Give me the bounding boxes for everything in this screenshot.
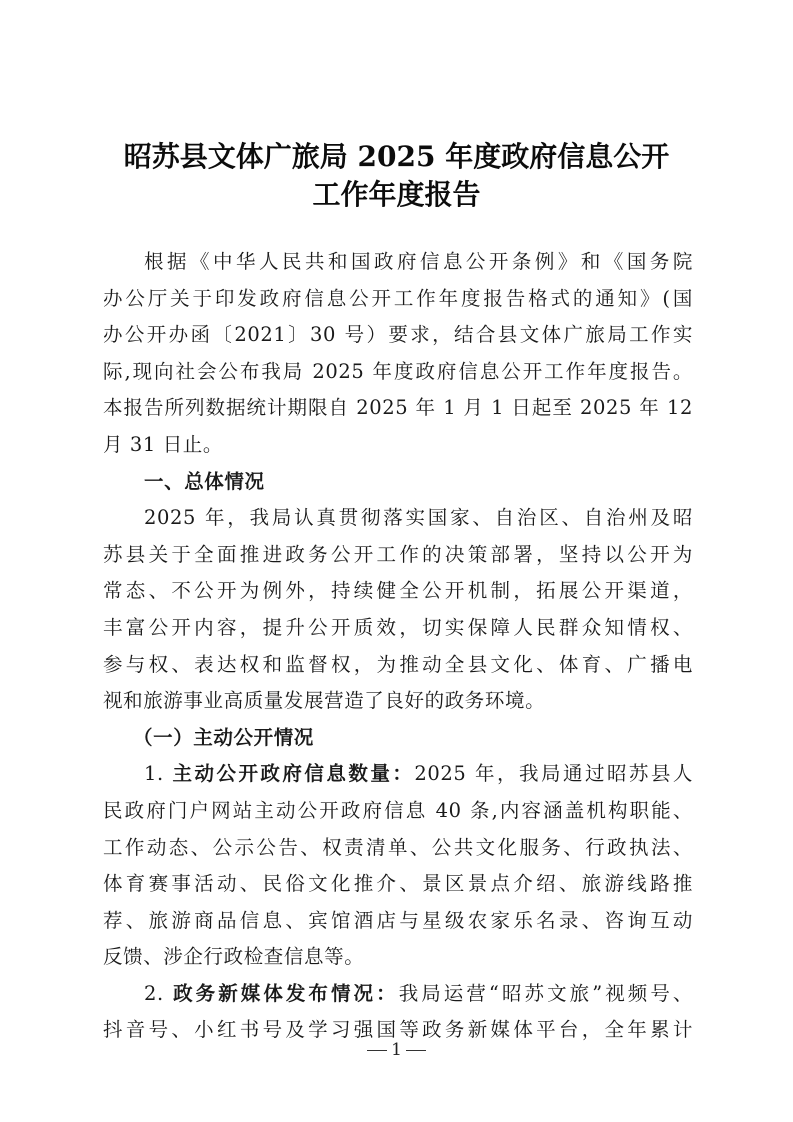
intro-line: 际,现向社会公布我局 2025 年度政府信息公开工作年度报告。 [103,354,693,391]
item2-first-line: 2. 政务新媒体发布情况：我局运营“昭苏文旅”视频号、 [103,976,693,1013]
overview-line: 苏县关于全面推进政务公开工作的决策部署，坚持以公开为 [103,537,693,574]
dash-right-icon [406,1050,426,1051]
item1-first-line: 1. 主动公开政府信息数量：2025 年，我局通过昭苏县人 [103,756,693,793]
item1-number: 1. [144,762,173,785]
title-line-1: 昭苏县文体广旅局 2025 年度政府信息公开 [0,138,793,176]
intro-line: 办公厅关于印发政府信息公开工作年度报告格式的通知》(国 [103,281,693,318]
overview-line: 2025 年，我局认真贯彻落实国家、自治区、自治州及昭 [103,500,693,537]
document-page: 昭苏县文体广旅局 2025 年度政府信息公开 工作年度报告 根据《中华人民共和国… [0,0,793,1122]
page-number: 1 [391,1040,402,1060]
title-line-2: 工作年度报告 [0,176,793,214]
item2-number: 2. [144,982,173,1005]
item1-line: 民政府门户网站主动公开政府信息 40 条,内容涵盖机构职能、 [103,793,693,830]
page-number-footer: 1 [0,1040,793,1060]
item1-label: 主动公开政府信息数量： [173,762,415,785]
item1-text: 2025 年，我局通过昭苏县人 [414,762,693,785]
intro-line: 办公开办函〔2021〕30 号）要求，结合县文体广旅局工作实 [103,317,693,354]
dash-left-icon [367,1050,387,1051]
item1-line: 荐、旅游商品信息、宾馆酒店与星级农家乐名录、咨询互动 [103,903,693,940]
overview-line: 视和旅游事业高质量发展营造了良好的政务环境。 [103,683,693,720]
section-heading-overview: 一、总体情况 [103,464,693,501]
overview-line: 参与权、表达权和监督权，为推动全县文化、体育、广播电 [103,647,693,684]
subsection-heading-active-disclosure: （一）主动公开情况 [103,720,693,757]
item2-text: 我局运营“昭苏文旅”视频号、 [399,982,693,1005]
document-title: 昭苏县文体广旅局 2025 年度政府信息公开 工作年度报告 [0,138,793,214]
document-body: 根据《中华人民共和国政府信息公开条例》和《国务院 办公厅关于印发政府信息公开工作… [103,244,693,1049]
intro-line: 月 31 日止。 [103,427,693,464]
overview-line: 丰富公开内容，提升公开质效，切实保障人民群众知情权、 [103,610,693,647]
item1-line: 工作动态、公示公告、权责清单、公共文化服务、行政执法、 [103,830,693,867]
item1-line: 体育赛事活动、民俗文化推介、景区景点介绍、旅游线路推 [103,866,693,903]
item1-line: 反馈、涉企行政检查信息等。 [103,939,693,976]
intro-line: 本报告所列数据统计期限自 2025 年 1 月 1 日起至 2025 年 12 [103,390,693,427]
item2-label: 政务新媒体发布情况： [173,982,399,1005]
intro-line: 根据《中华人民共和国政府信息公开条例》和《国务院 [103,244,693,281]
overview-line: 常态、不公开为例外，持续健全公开机制，拓展公开渠道， [103,573,693,610]
